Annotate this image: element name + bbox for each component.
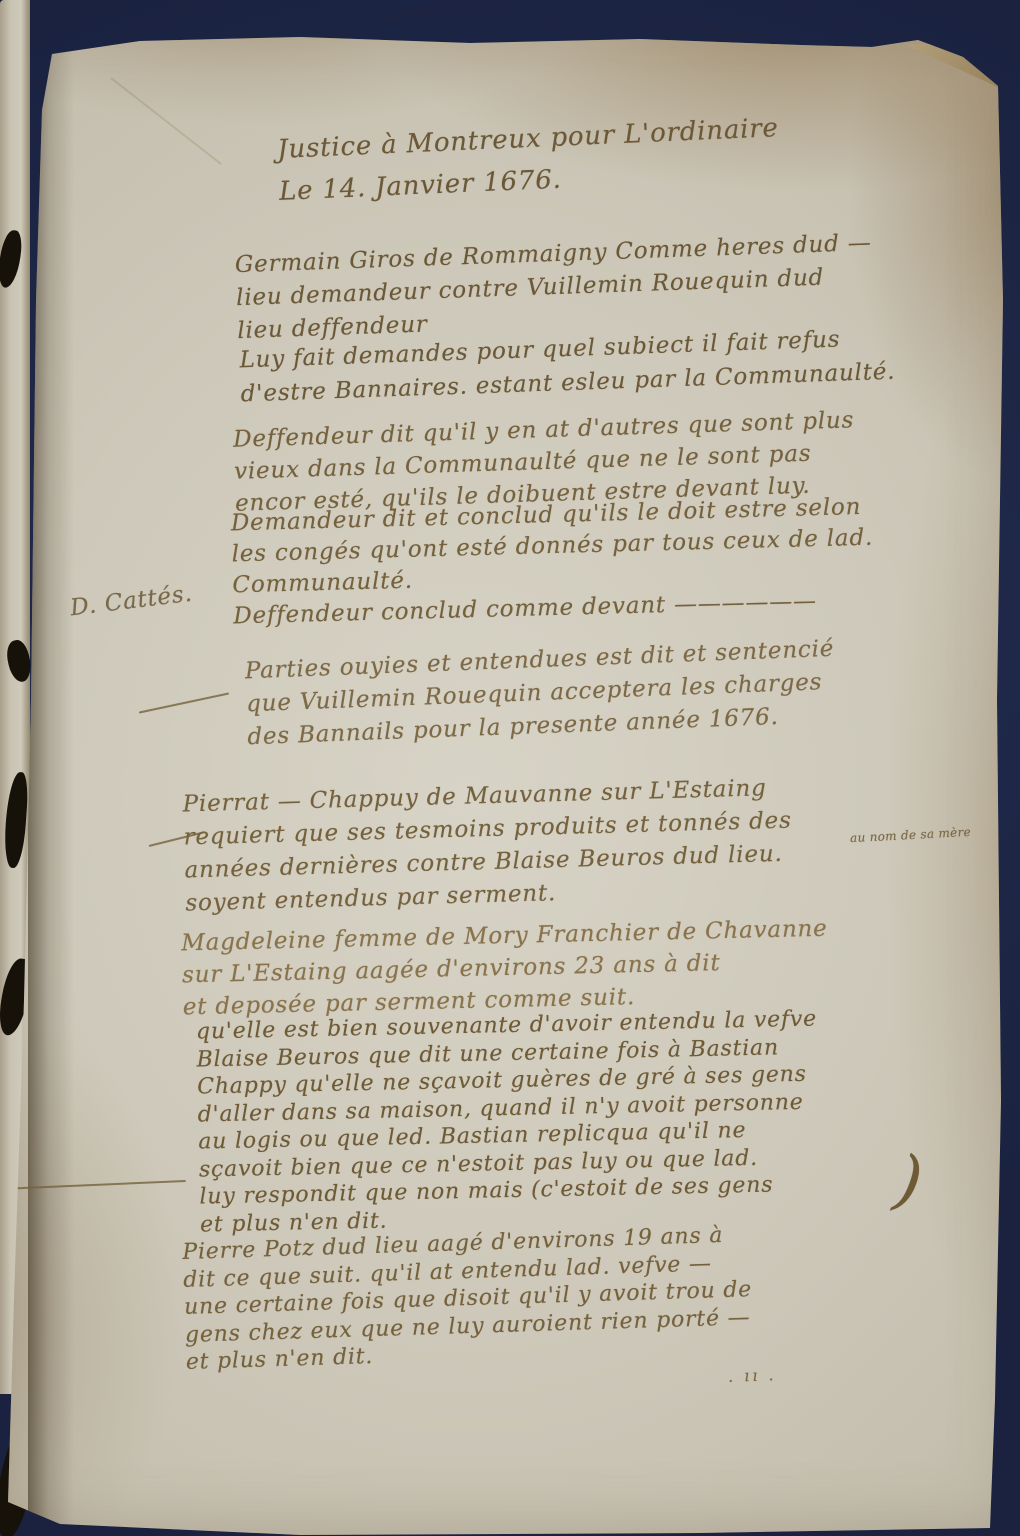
manuscript-paragraph: Parties ouyies et entendues est dit et s…	[244, 633, 837, 755]
interline-note: au nom de sa mère	[850, 825, 972, 845]
manuscript-paragraph: qu'elle est bien souvenante d'avoir ente…	[196, 1006, 822, 1239]
flourish-paren: )	[890, 1140, 928, 1220]
manuscript-paragraph: Pierre Potz dud lieu aagé d'environs 19 …	[182, 1221, 754, 1376]
folded-corner	[898, 37, 1008, 107]
paper-crease	[110, 77, 222, 165]
margin-signature: D. Cattés.	[69, 579, 195, 624]
manuscript-paragraph: Pierrat — Chappuy de Mauvanne sur L'Esta…	[182, 772, 794, 921]
gutter-shadow	[28, 40, 74, 1536]
end-mark: . ıı .	[728, 1365, 777, 1386]
manuscript-paragraph: Demandeur dit et conclud qu'ils le doit …	[230, 492, 875, 633]
margin-stroke	[139, 692, 229, 713]
manuscript-page: Justice à Montreux pour L'ordinaire Le 1…	[0, 0, 1020, 1536]
page-title: Justice à Montreux pour L'ordinaire Le 1…	[276, 107, 781, 213]
